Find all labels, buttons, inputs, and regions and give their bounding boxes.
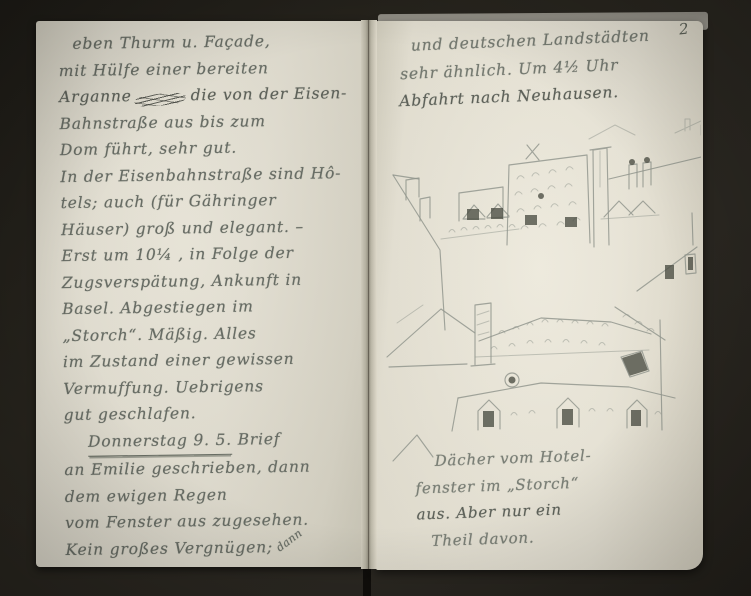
handwriting-line: Häuser) groß und elegant. –	[61, 212, 359, 243]
rooftops-sketch	[379, 117, 701, 462]
handwriting-line: im Zustand einer gewissen	[63, 345, 361, 376]
handwriting-line: Vermuffung. Uebrigens	[63, 371, 361, 402]
right-page-top-text: und deutschen Landstädten sehr ähnlich. …	[396, 21, 699, 116]
entry-date-underlined: Donnerstag 9. 5.	[88, 426, 232, 457]
left-page-text: eben Thurm u. Façade, mit Hülfe einer be…	[58, 27, 363, 565]
handwriting-line: Zugsverspätung, Ankunft in	[62, 265, 360, 296]
handwriting-line: mit Hülfe einer bereiten	[59, 53, 357, 84]
handwriting-line: „Storch“. Mäßig. Alles	[62, 318, 360, 349]
handwriting-line: eben Thurm u. Façade,	[58, 27, 356, 58]
torn-page-edge	[31, 24, 41, 562]
handwriting-segment: Kein großes Vergnügen;	[65, 538, 273, 559]
handwriting-segment: Brief	[238, 430, 281, 449]
crossed-word: Arganne	[59, 87, 132, 106]
scribble-strikethrough	[133, 91, 186, 108]
handwriting-segment: die von der Eisen-	[191, 84, 348, 104]
handwriting-line: Erst um 10¼ , in Folge der	[61, 239, 359, 270]
binding-spine-tail	[363, 566, 371, 596]
handwriting-line: Bahnstraße aus bis zum	[59, 106, 357, 137]
handwriting-line: an Emilie geschrieben, dann	[64, 453, 362, 484]
handwriting-line: In der Eisenbahnstraße sind Hô-	[60, 159, 358, 190]
binding-gutter	[361, 20, 377, 569]
handwriting-line: gut geschlafen.	[63, 398, 361, 429]
diary-entry-heading: Donnerstag 9. 5. Brief	[64, 424, 362, 457]
handwriting-line: Basel. Abgestiegen im	[62, 292, 360, 323]
handwriting-line-with-strikethrough: Argannedie von der Eisen-	[59, 80, 357, 111]
handwriting-line: Dom führt, sehr gut.	[60, 133, 358, 164]
notebook-scan: eben Thurm u. Façade, mit Hülfe einer be…	[0, 0, 751, 596]
handwriting-line: Kein großes Vergnügen;dann	[65, 532, 363, 565]
handwriting-line: vom Fenster aus zugesehen.	[65, 506, 363, 537]
handwriting-line: dem ewigen Regen	[65, 479, 363, 510]
handwriting-line: tels; auch (für Gähringer	[61, 186, 359, 217]
right-page-bottom-text: Dächer vom Hotel- fenster im „Storch“ au…	[414, 439, 678, 554]
